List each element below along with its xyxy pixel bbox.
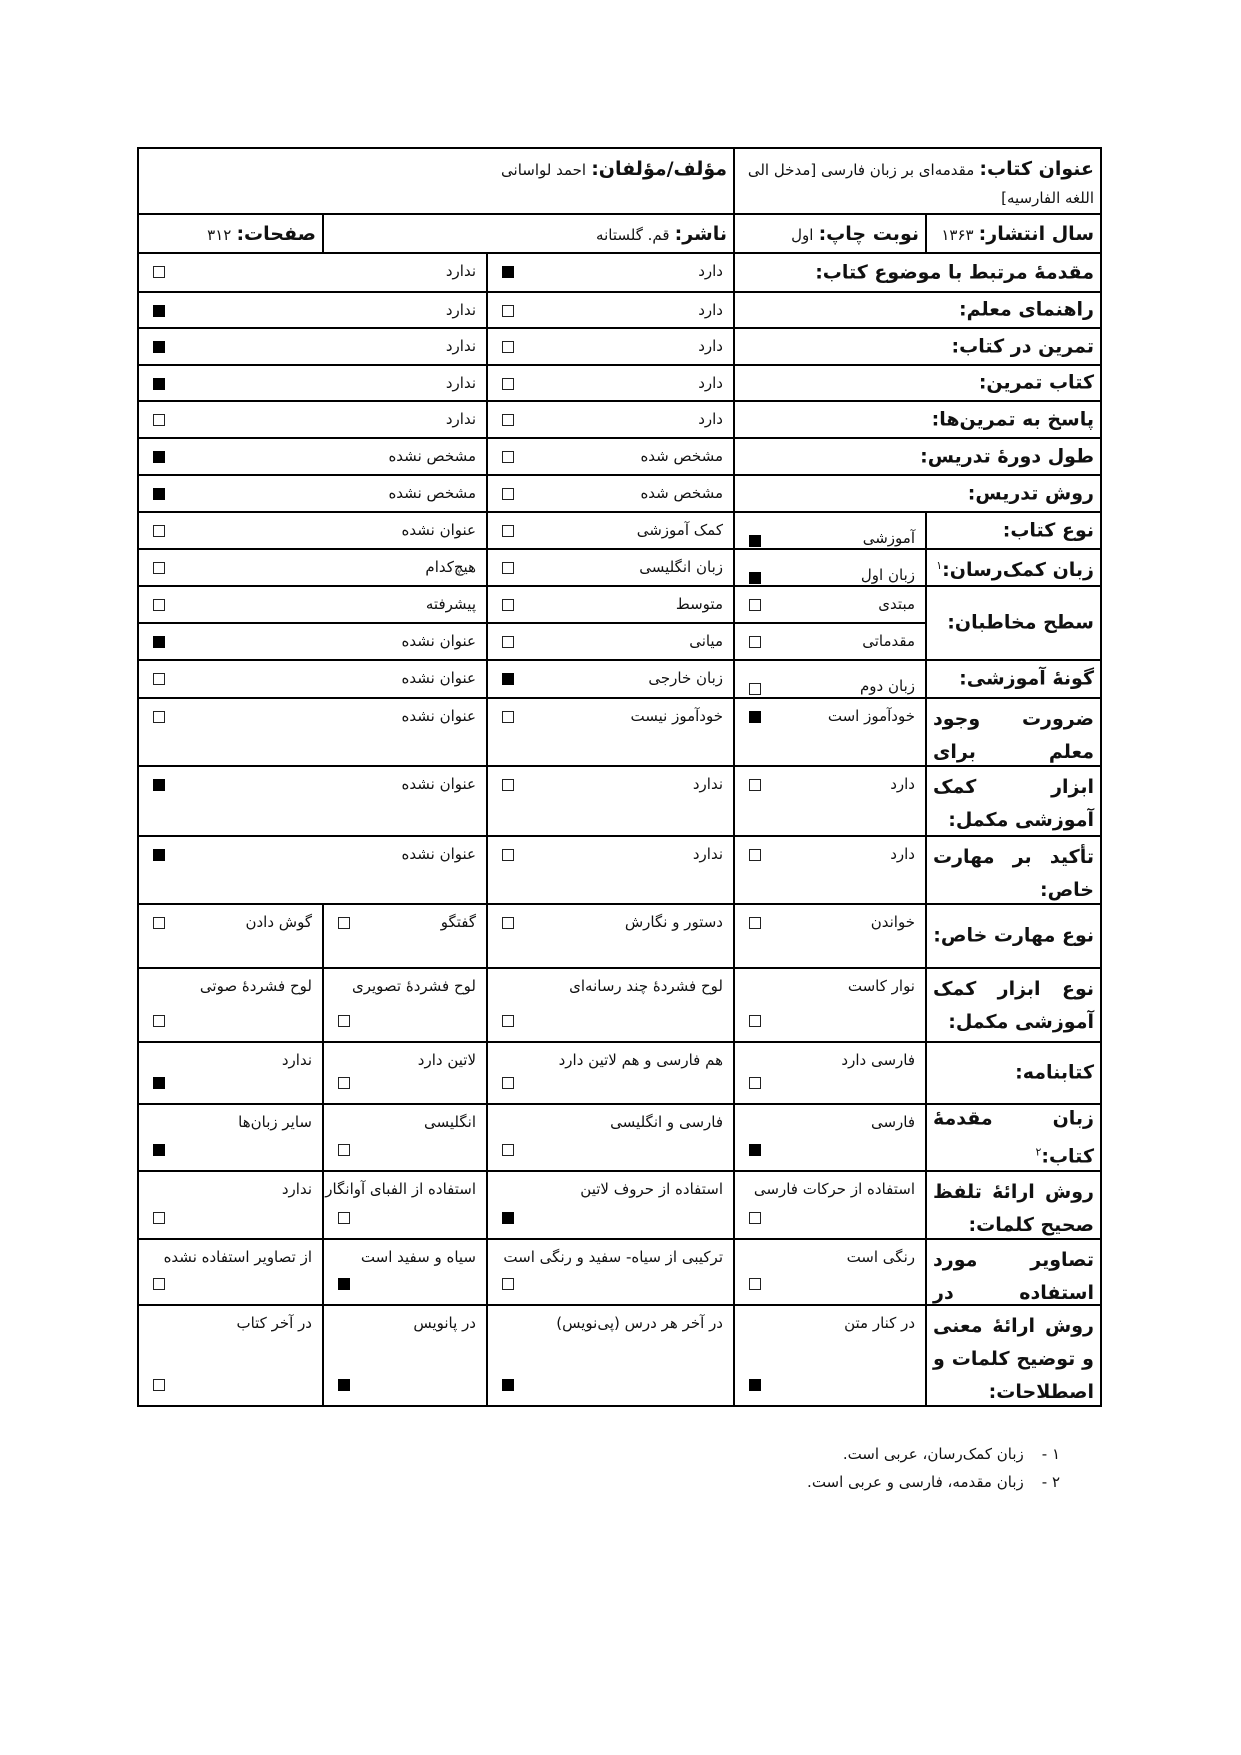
row-label: سطح مخاطبان: [933, 607, 1094, 640]
option-label: ندارد [446, 335, 476, 357]
option-cell: ندارد [137, 252, 488, 293]
checkbox[interactable] [749, 779, 761, 791]
checkbox[interactable] [502, 1077, 514, 1089]
option-cell: دارد [733, 765, 927, 837]
option-label: استفاده از حروف لاتین [580, 1178, 723, 1200]
option-label: عنوان نشده [402, 667, 476, 689]
checkbox[interactable] [153, 673, 165, 685]
option-label: نوار کاست [848, 975, 915, 997]
option-cell: زبان خارجی [486, 659, 735, 699]
row-label-cell: راهنمای معلم: [733, 291, 1102, 329]
row-label-cell: روش ارائهٔ تلفظ صحیح کلمات: [925, 1170, 1102, 1240]
option-cell: دارد [733, 835, 927, 905]
checkbox[interactable] [502, 849, 514, 861]
option-label: مشخص شده [640, 445, 723, 467]
row-label-cell: کتاب تمرین: [733, 364, 1102, 402]
pages-cell: صفحات: ۳۱۲ [137, 213, 324, 254]
option-cell: استفاده از حرکات فارسی [733, 1170, 927, 1240]
option-label: از تصاویر استفاده نشده [164, 1246, 312, 1268]
checkbox[interactable] [153, 711, 165, 723]
row-label-cell: مقدمهٔ مرتبط با موضوع کتاب: [733, 252, 1102, 293]
row-label-cell: کتابنامه: [925, 1041, 1102, 1105]
option-label: میانی [689, 630, 723, 652]
checkbox[interactable] [502, 917, 514, 929]
option-label: ندارد [282, 1049, 312, 1071]
checkbox[interactable] [749, 1379, 761, 1391]
option-cell: میانی [486, 622, 735, 661]
checkbox[interactable] [338, 1278, 350, 1290]
row-label: گونهٔ آموزشی: [933, 663, 1094, 696]
option-label: فارسی و انگلیسی [610, 1111, 723, 1133]
option-label: ندارد [282, 1178, 312, 1200]
checkbox[interactable] [338, 917, 350, 929]
checkbox[interactable] [338, 1144, 350, 1156]
pages-label: صفحات: [236, 223, 316, 245]
row-label-cell: نوع مهارت خاص: [925, 903, 1102, 969]
option-cell: دستور و نگارش [486, 903, 735, 969]
option-cell: مقدماتی [733, 622, 927, 661]
option-cell: دارد [486, 252, 735, 293]
row-label-cell: تصاویر مورد استفاده در کتاب: [925, 1238, 1102, 1306]
option-label: ترکیبی از سیاه- سفید و رنگی است [503, 1246, 723, 1268]
option-cell: سایر زبان‌ها [137, 1103, 324, 1172]
option-label: زبان خارجی [648, 667, 723, 689]
option-cell: زبان اول [733, 548, 927, 587]
option-cell: عنوان نشده [137, 697, 488, 767]
checkbox[interactable] [749, 849, 761, 861]
checkbox[interactable] [502, 1144, 514, 1156]
option-label: لاتین دارد [418, 1049, 476, 1071]
checkbox[interactable] [153, 1144, 165, 1156]
option-cell: گوش دادن [137, 903, 324, 969]
book-title-cell: عنوان کتاب: مقدمه‌ای بر زبان فارسی [مدخل… [733, 147, 1102, 215]
option-cell: خودآموز است [733, 697, 927, 767]
option-cell: کمک آموزشی [486, 511, 735, 550]
option-label: ندارد [446, 299, 476, 321]
option-cell: در پانویس [322, 1304, 488, 1407]
row-label-text: نوع مهارت خاص: [933, 925, 1094, 947]
row-label: طول دورهٔ تدریس: [741, 440, 1094, 473]
row-label: تمرین در کتاب: [741, 330, 1094, 363]
option-cell: عنوان نشده [137, 835, 488, 905]
publisher-label: ناشر: [675, 223, 727, 245]
option-label: خودآموز نیست [631, 705, 723, 727]
row-label-cell: سطح مخاطبان: [925, 585, 1102, 661]
option-label: فارسی دارد [841, 1049, 915, 1071]
row-label-text: طول دورهٔ تدریس: [920, 445, 1094, 467]
option-label: عنوان نشده [402, 630, 476, 652]
option-label: در کنار متن [844, 1312, 915, 1334]
row-label-text: کتابنامه: [1015, 1062, 1094, 1084]
row-label-text: ابزار کمک آموزشی مکمل: [933, 776, 1094, 831]
option-label: انگلیسی [424, 1111, 476, 1133]
option-label: سیاه و سفید است [361, 1246, 476, 1268]
footnote-number: ۱ - [1042, 1440, 1060, 1468]
checkbox[interactable] [502, 711, 514, 723]
footnote-text: زبان مقدمه، فارسی و عربی است. [807, 1468, 1024, 1496]
option-label: دارد [698, 299, 723, 321]
option-label: دارد [890, 843, 915, 865]
checkbox[interactable] [153, 451, 165, 463]
row-label-text: نوع کتاب: [1003, 519, 1094, 541]
row-label-cell: تأکید بر مهارت خاص: [925, 835, 1102, 905]
option-label: رنگی است [847, 1246, 915, 1268]
option-cell: ندارد [137, 400, 488, 439]
footnote-number: ۲ - [1042, 1468, 1060, 1496]
option-label: ندارد [693, 773, 723, 795]
option-cell: ندارد [137, 1041, 324, 1105]
row-label-cell: پاسخ به تمرین‌ها: [733, 400, 1102, 439]
option-label: در آخر هر درس (پی‌نویس) [556, 1312, 723, 1334]
checkbox[interactable] [153, 779, 165, 791]
checkbox[interactable] [153, 305, 165, 317]
row-label-cell: گونهٔ آموزشی: [925, 659, 1102, 699]
option-cell: خواندن [733, 903, 927, 969]
checkbox[interactable] [749, 572, 761, 584]
option-cell: گفتگو [322, 903, 488, 969]
row-label: زبان کمک‌رسان:۱ [933, 548, 1094, 586]
option-cell: عنوان نشده [137, 622, 488, 661]
row-label-text: زبان کمک‌رسان: [942, 559, 1094, 581]
option-label: مشخص نشده [388, 445, 476, 467]
checkbox[interactable] [153, 378, 165, 390]
row-label-text: کتاب تمرین: [979, 372, 1094, 394]
option-label: مقدماتی [862, 630, 915, 652]
row-label-text: روش ارائهٔ معنی و توضیح کلمات و اصطلاحات… [933, 1315, 1094, 1403]
checkbox[interactable] [153, 341, 165, 353]
footnote-1: ۱ - زبان کمک‌رسان، عربی است. [700, 1440, 1060, 1468]
checkbox[interactable] [749, 1278, 761, 1290]
option-cell: مشخص شده [486, 437, 735, 476]
checkbox[interactable] [749, 917, 761, 929]
row-label: تأکید بر مهارت خاص: [933, 841, 1094, 907]
option-label: مبتدی [878, 593, 915, 615]
option-cell: رنگی است [733, 1238, 927, 1306]
checkbox[interactable] [749, 535, 761, 547]
option-cell: در آخر هر درس (پی‌نویس) [486, 1304, 735, 1407]
checkbox[interactable] [749, 599, 761, 611]
option-cell: لاتین دارد [322, 1041, 488, 1105]
option-cell: خودآموز نیست [486, 697, 735, 767]
option-cell: عنوان نشده [137, 511, 488, 550]
row-label-text: پاسخ به تمرین‌ها: [932, 408, 1094, 430]
row-label-cell: ضرورت وجود معلم برای تدریس کتاب: [925, 697, 1102, 767]
option-cell: ندارد [137, 291, 488, 329]
title-label: عنوان کتاب: [979, 158, 1094, 180]
row-label: روش ارائهٔ معنی و توضیح کلمات و اصطلاحات… [933, 1310, 1094, 1409]
option-label: عنوان نشده [402, 773, 476, 795]
option-cell: استفاده از الفبای آوانگار [322, 1170, 488, 1240]
checkbox[interactable] [502, 488, 514, 500]
option-cell: هیچ‌کدام [137, 548, 488, 587]
publisher-value: قم. گلستانه [596, 226, 670, 244]
row-label: کتاب تمرین: [741, 367, 1094, 400]
checkbox[interactable] [338, 1077, 350, 1089]
checkbox[interactable] [338, 1379, 350, 1391]
row-label: نوع ابزار کمک آموزشی مکمل: [933, 973, 1094, 1039]
option-label: مشخص شده [640, 482, 723, 504]
row-label-cell: ابزار کمک آموزشی مکمل: [925, 765, 1102, 837]
option-label: سایر زبان‌ها [238, 1111, 312, 1133]
checkbox[interactable] [502, 451, 514, 463]
edition-value: اول [791, 226, 813, 244]
row-label-cell: زبان کمک‌رسان:۱ [925, 548, 1102, 587]
option-label: استفاده از حرکات فارسی [754, 1178, 915, 1200]
option-cell: ندارد [486, 765, 735, 837]
option-label: دارد [698, 335, 723, 357]
option-cell: مشخص شده [486, 474, 735, 513]
checkbox[interactable] [502, 1015, 514, 1027]
footnote-2: ۲ - زبان مقدمه، فارسی و عربی است. [700, 1468, 1060, 1496]
row-label: نوع مهارت خاص: [933, 920, 1094, 953]
option-label: مشخص نشده [388, 482, 476, 504]
option-label: کمک آموزشی [637, 519, 723, 541]
option-label: در آخر کتاب [236, 1312, 312, 1334]
option-label: هیچ‌کدام [425, 556, 476, 578]
option-label: ندارد [446, 260, 476, 282]
option-label: عنوان نشده [402, 843, 476, 865]
option-cell: پیشرفته [137, 585, 488, 624]
footnotes: ۱ - زبان کمک‌رسان، عربی است. ۲ - زبان مق… [700, 1440, 1060, 1496]
author-cell: مؤلف/مؤلفان: احمد لواسانی [137, 147, 735, 215]
checkbox[interactable] [502, 378, 514, 390]
option-label: پیشرفته [426, 593, 476, 615]
edition-cell: نوبت چاپ: اول [733, 213, 927, 254]
checkbox[interactable] [502, 636, 514, 648]
checkbox[interactable] [502, 562, 514, 574]
option-label: لوح فشردهٔ چند رسانه‌ای [569, 975, 723, 997]
option-cell: ندارد [137, 327, 488, 366]
checkbox[interactable] [338, 1212, 350, 1224]
option-cell: مشخص نشده [137, 474, 488, 513]
publisher-cell: ناشر: قم. گلستانه [322, 213, 735, 254]
option-label: خودآموز است [828, 705, 915, 727]
option-cell: عنوان نشده [137, 765, 488, 837]
edition-label: نوبت چاپ: [819, 223, 919, 245]
row-label-text: گونهٔ آموزشی: [959, 668, 1094, 690]
option-label: فارسی [871, 1111, 915, 1133]
checkbox[interactable] [338, 1015, 350, 1027]
option-cell: انگلیسی [322, 1103, 488, 1172]
year-cell: سال انتشار: ۱۳۶۳ [925, 213, 1102, 254]
option-cell: زبان انگلیسی [486, 548, 735, 587]
option-cell: ندارد [137, 1170, 324, 1240]
checkbox[interactable] [749, 1077, 761, 1089]
row-label: راهنمای معلم: [741, 294, 1094, 327]
year-label: سال انتشار: [979, 223, 1094, 245]
option-label: زبان دوم [860, 675, 915, 697]
option-label: عنوان نشده [402, 519, 476, 541]
checkbox[interactable] [153, 414, 165, 426]
option-label: استفاده از الفبای آوانگار [325, 1178, 476, 1200]
option-label: هم فارسی و هم لاتین دارد [559, 1049, 723, 1071]
checkbox[interactable] [502, 266, 514, 278]
option-cell: در کنار متن [733, 1304, 927, 1407]
option-cell: هم فارسی و هم لاتین دارد [486, 1041, 735, 1105]
row-label-text: روش تدریس: [968, 482, 1094, 504]
row-label-cell: تمرین در کتاب: [733, 327, 1102, 366]
option-label: دارد [698, 372, 723, 394]
checkbox[interactable] [749, 711, 761, 723]
checkbox[interactable] [153, 1212, 165, 1224]
checkbox[interactable] [153, 1379, 165, 1391]
option-label: لوح فشردهٔ تصویری [352, 975, 476, 997]
row-label-text: نوع ابزار کمک آموزشی مکمل: [933, 978, 1094, 1033]
checkbox[interactable] [502, 673, 514, 685]
checkbox[interactable] [502, 1379, 514, 1391]
checkbox[interactable] [749, 636, 761, 648]
checkbox[interactable] [153, 636, 165, 648]
row-label: روش ارائهٔ تلفظ صحیح کلمات: [933, 1176, 1094, 1242]
row-label: مقدمهٔ مرتبط با موضوع کتاب: [741, 256, 1094, 289]
checkbox[interactable] [153, 599, 165, 611]
option-cell: لوح فشردهٔ چند رسانه‌ای [486, 967, 735, 1043]
checkbox[interactable] [153, 1015, 165, 1027]
row-label-cell: نوع ابزار کمک آموزشی مکمل: [925, 967, 1102, 1043]
row-label: روش تدریس: [741, 477, 1094, 510]
option-cell: فارسی دارد [733, 1041, 927, 1105]
pages-value: ۳۱۲ [207, 226, 231, 244]
checkbox[interactable] [502, 1212, 514, 1224]
row-label: نوع کتاب: [933, 514, 1094, 547]
option-cell: فارسی و انگلیسی [486, 1103, 735, 1172]
option-cell: در آخر کتاب [137, 1304, 324, 1407]
row-label-text: سطح مخاطبان: [947, 612, 1094, 634]
row-label-cell: زبان مقدمهٔ کتاب:۲ [925, 1103, 1102, 1172]
checkbox[interactable] [153, 1278, 165, 1290]
option-cell: دارد [486, 291, 735, 329]
option-label: متوسط [676, 593, 723, 615]
option-cell: مبتدی [733, 585, 927, 624]
footnote-text: زبان کمک‌رسان، عربی است. [843, 1440, 1024, 1468]
checkbox[interactable] [749, 1144, 761, 1156]
row-label: کتابنامه: [933, 1057, 1094, 1090]
row-label-text: مقدمهٔ مرتبط با موضوع کتاب: [815, 261, 1094, 283]
option-cell: دارد [486, 364, 735, 402]
option-label: آموزشی [863, 527, 915, 549]
checkbox[interactable] [502, 525, 514, 537]
author-value: احمد لواسانی [501, 161, 586, 179]
row-label: ابزار کمک آموزشی مکمل: [933, 771, 1094, 837]
checkbox[interactable] [153, 525, 165, 537]
row-label-cell: روش ارائهٔ معنی و توضیح کلمات و اصطلاحات… [925, 1304, 1102, 1407]
checkbox[interactable] [502, 599, 514, 611]
option-cell: آموزشی [733, 511, 927, 550]
row-label-cell: طول دورهٔ تدریس: [733, 437, 1102, 476]
option-label: گفتگو [441, 911, 476, 933]
option-label: دارد [698, 408, 723, 430]
option-label: ندارد [446, 372, 476, 394]
option-cell: ندارد [137, 364, 488, 402]
option-cell: مشخص نشده [137, 437, 488, 476]
checkbox[interactable] [502, 779, 514, 791]
row-label-text: راهنمای معلم: [959, 299, 1094, 321]
row-label: زبان مقدمهٔ کتاب:۲ [933, 1102, 1094, 1173]
option-label: دستور و نگارش [625, 911, 723, 933]
option-label: خواندن [871, 911, 915, 933]
option-label: دارد [698, 260, 723, 282]
option-cell: ندارد [486, 835, 735, 905]
option-cell: دارد [486, 327, 735, 366]
year-value: ۱۳۶۳ [941, 226, 973, 244]
row-label-cell: روش تدریس: [733, 474, 1102, 513]
checkbox[interactable] [502, 305, 514, 317]
option-cell: فارسی [733, 1103, 927, 1172]
checkbox[interactable] [749, 1212, 761, 1224]
option-cell: لوح فشردهٔ تصویری [322, 967, 488, 1043]
option-cell: لوح فشردهٔ صوتی [137, 967, 324, 1043]
checkbox[interactable] [502, 341, 514, 353]
option-label: در پانویس [413, 1312, 476, 1334]
option-cell: از تصاویر استفاده نشده [137, 1238, 324, 1306]
option-label: ندارد [446, 408, 476, 430]
checkbox[interactable] [749, 1015, 761, 1027]
author-label: مؤلف/مؤلفان: [591, 158, 727, 180]
checkbox[interactable] [502, 1278, 514, 1290]
option-label: عنوان نشده [402, 705, 476, 727]
option-cell: استفاده از حروف لاتین [486, 1170, 735, 1240]
option-cell: سیاه و سفید است [322, 1238, 488, 1306]
checkbox[interactable] [502, 414, 514, 426]
option-cell: عنوان نشده [137, 659, 488, 699]
row-label-cell: نوع کتاب: [925, 511, 1102, 550]
row-label-text: زبان مقدمهٔ کتاب: [933, 1107, 1094, 1167]
checkbox[interactable] [153, 917, 165, 929]
checkbox[interactable] [153, 562, 165, 574]
option-label: زبان اول [861, 564, 915, 586]
checkbox[interactable] [749, 683, 761, 695]
checkbox[interactable] [153, 488, 165, 500]
option-label: ندارد [693, 843, 723, 865]
row-label-text: تمرین در کتاب: [952, 335, 1094, 357]
checkbox[interactable] [153, 849, 165, 861]
option-cell: نوار کاست [733, 967, 927, 1043]
row-label-text: تأکید بر مهارت خاص: [933, 846, 1094, 901]
option-cell: ترکیبی از سیاه- سفید و رنگی است [486, 1238, 735, 1306]
checkbox[interactable] [153, 1077, 165, 1089]
option-cell: دارد [486, 400, 735, 439]
option-label: زبان انگلیسی [639, 556, 723, 578]
option-cell: متوسط [486, 585, 735, 624]
row-label: پاسخ به تمرین‌ها: [741, 403, 1094, 436]
option-label: لوح فشردهٔ صوتی [200, 975, 312, 997]
option-label: دارد [890, 773, 915, 795]
option-label: گوش دادن [245, 911, 312, 933]
row-label-text: روش ارائهٔ تلفظ صحیح کلمات: [933, 1181, 1094, 1236]
checkbox[interactable] [153, 266, 165, 278]
option-cell: زبان دوم [733, 659, 927, 699]
